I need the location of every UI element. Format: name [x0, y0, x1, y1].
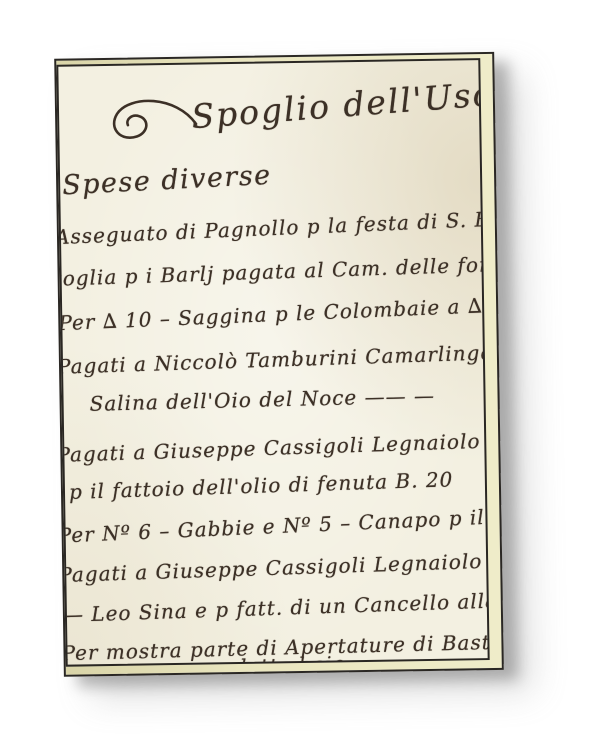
scene-background: Spoglio dell'Uscita di Spese diverse Ass…	[0, 0, 600, 751]
section-heading: Spese diverse	[61, 160, 272, 202]
entry-line: p il fattoio dell'olio di fenuta B. 20	[69, 467, 454, 504]
entry-line: Per Nº 6 – Gabbie e Nº 5 – Canapo p il f…	[57, 502, 489, 547]
title-text: Spoglio dell'Uscita di	[190, 67, 490, 137]
entry-line: Pagati a Giuseppe Cassigoli Legnaiolo p …	[58, 547, 490, 587]
entry-line: Pagati a Giuseppe Cassigoli Legnaiolo Qu…	[56, 427, 489, 467]
flourish-ornament	[104, 90, 200, 149]
entry-line-partial: dette beie	[233, 651, 346, 666]
manuscript-title: Spoglio dell'Uscita di	[104, 60, 490, 149]
entry-line: toglia p i Barlj pagata al Cam. delle fo…	[56, 252, 489, 291]
entry-line: Asseguato di Pagnollo p la festa di S. B…	[56, 205, 489, 249]
entry-line: Per ∆ 10 – Saggina p le Colombaie a ∆ 1.…	[58, 291, 490, 335]
entry-line: Pagati a Niccolò Tamburini Camarlingo p	[57, 340, 490, 379]
manuscript-page: Spoglio dell'Uscita di Spese diverse Ass…	[56, 58, 489, 667]
entry-line: — Leo Sina e p fatt. di un Cancello alla…	[63, 587, 490, 627]
entry-line: Salina dell'Oio del Noce —— —	[89, 383, 435, 415]
manuscript-book: Spoglio dell'Uscita di Spese diverse Ass…	[54, 52, 504, 677]
